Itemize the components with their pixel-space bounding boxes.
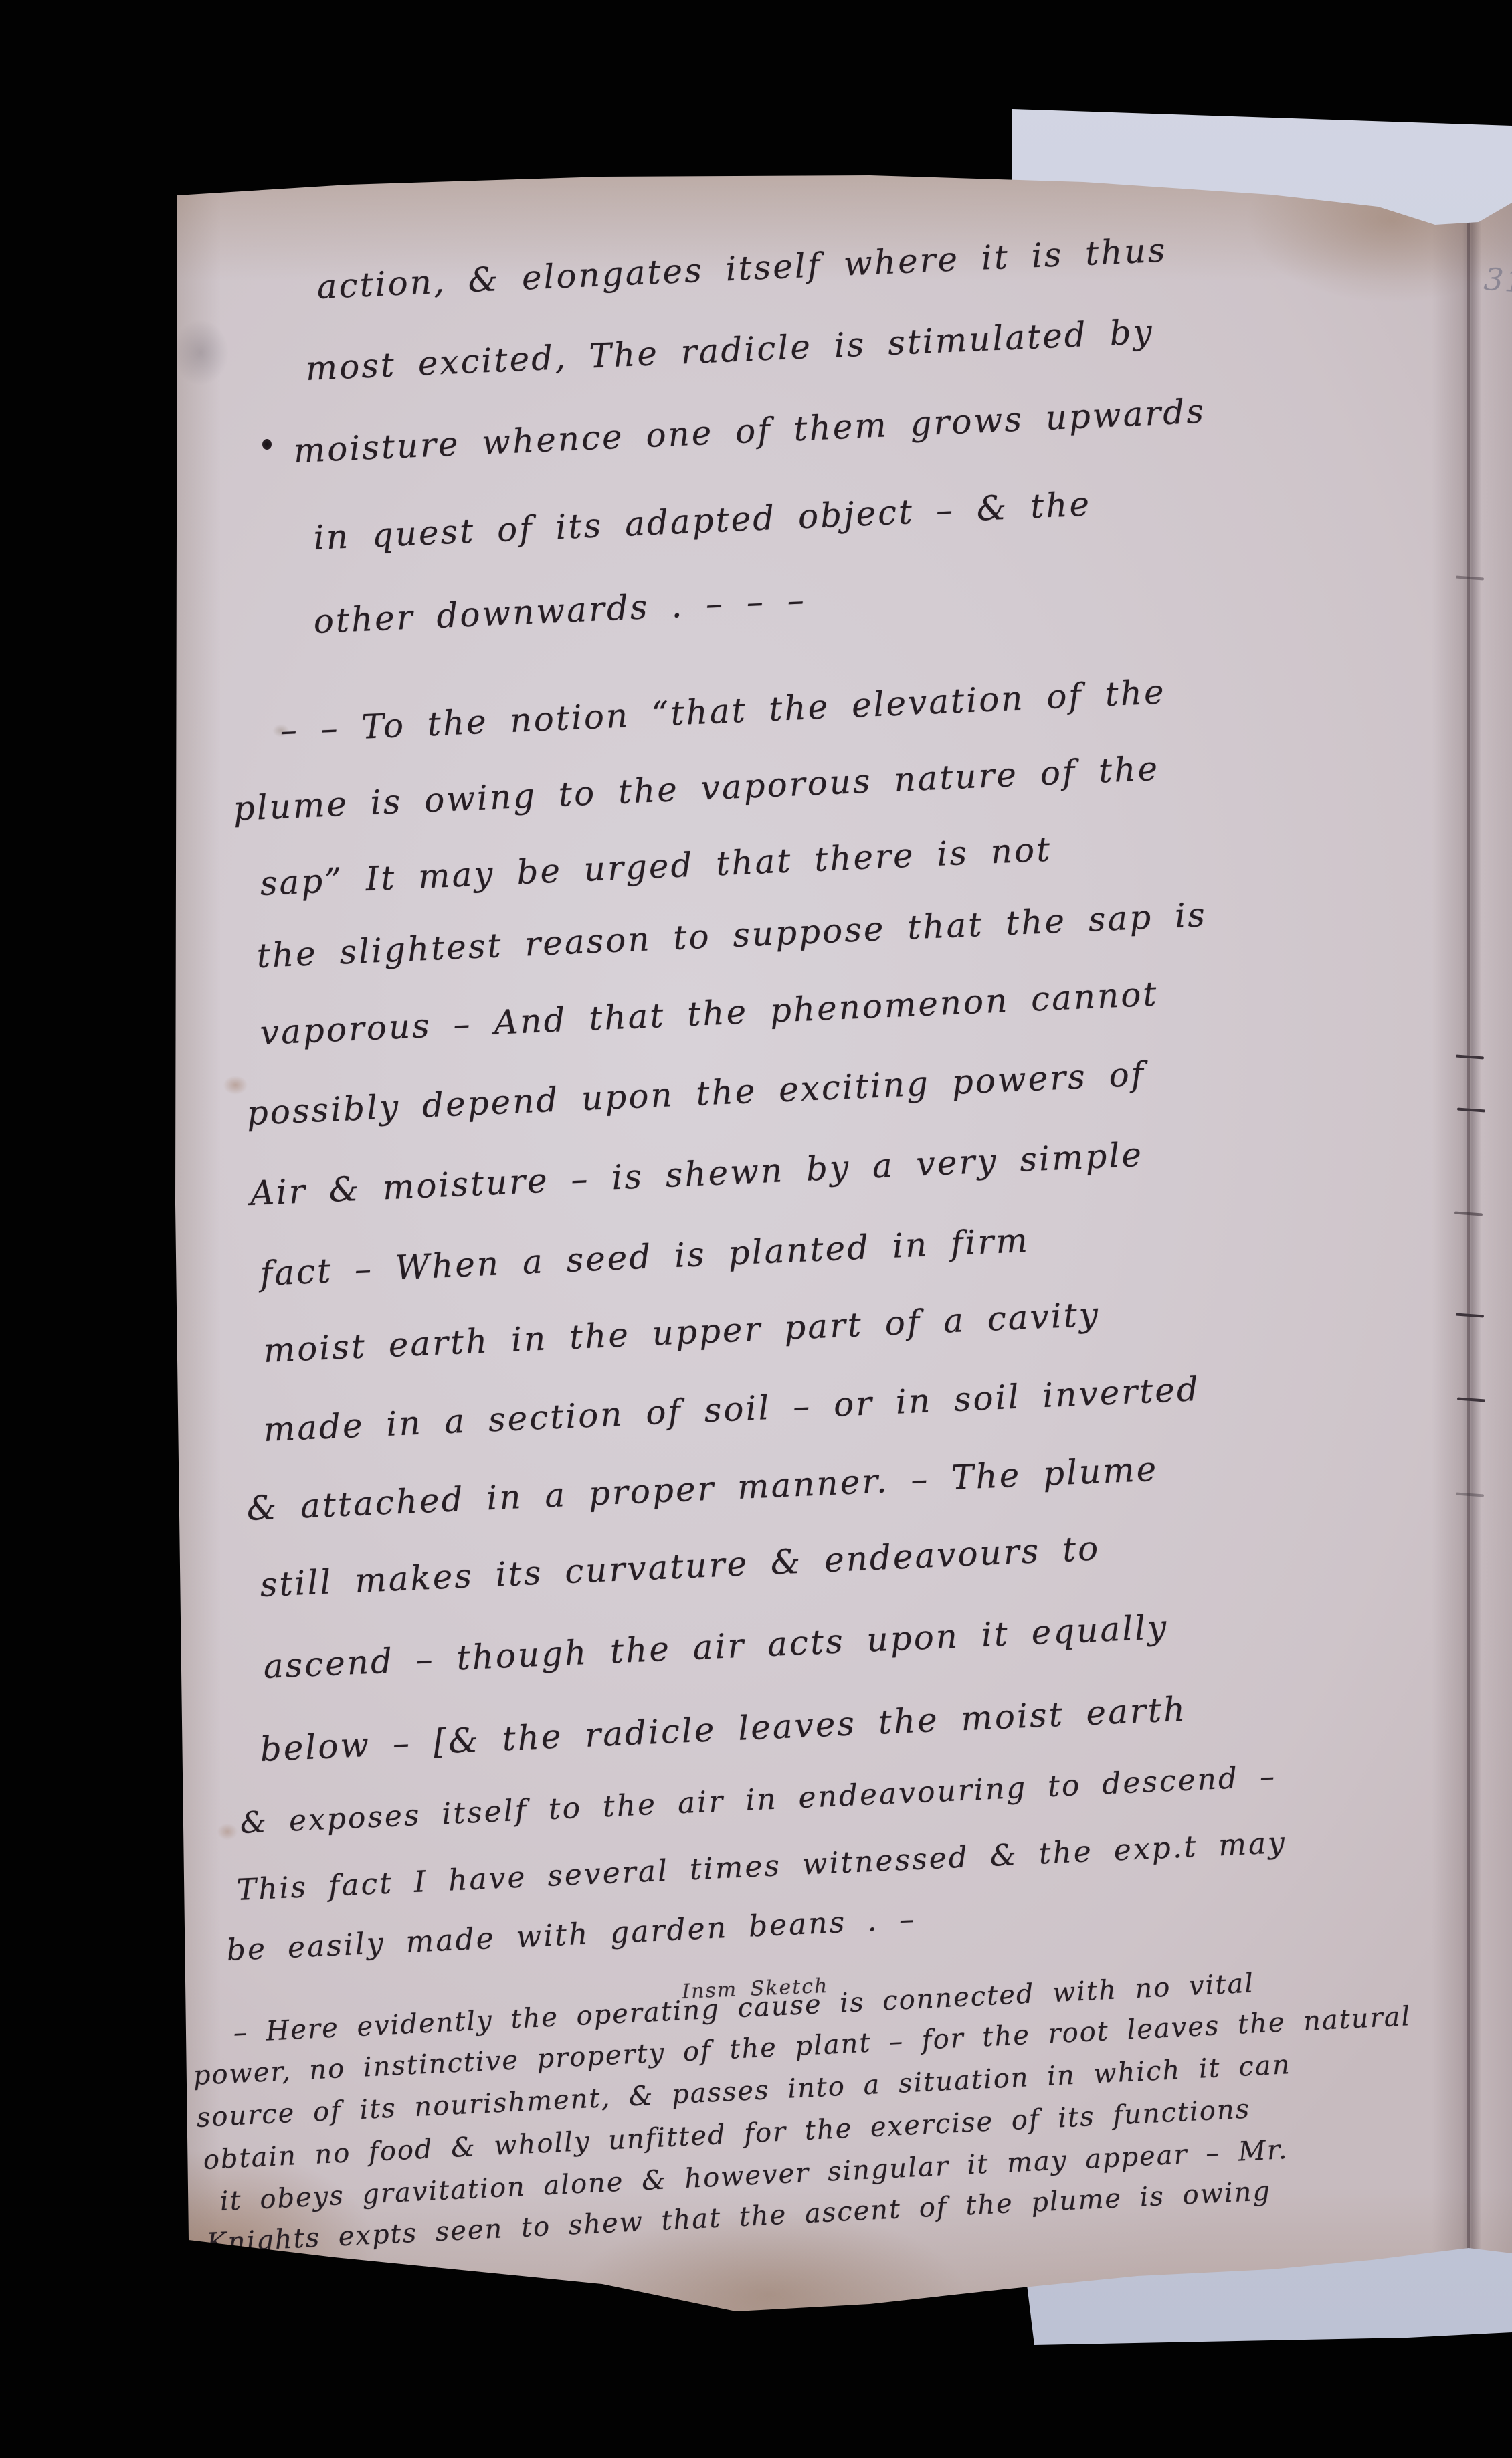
manuscript-line: Air & moisture – is shewn by a very simp… (249, 1135, 1144, 1213)
manuscript-line: – – To the notion “that the elevation of… (279, 672, 1166, 750)
page-number-pencil: 31 (1483, 261, 1512, 300)
manuscript-page: 31 action, & elongates itself where it i… (0, 0, 1512, 2458)
manuscript-line: still makes its curvature & endeavours t… (259, 1529, 1101, 1604)
binding-stitch (1454, 1212, 1483, 1216)
manuscript-line: most excited, The radicle is stimulated … (304, 312, 1155, 388)
manuscript-line: & exposes itself to the air in endeavour… (240, 1760, 1277, 1840)
manuscript-line: be easily made with garden beans . – (226, 1902, 917, 1968)
binding-stitch (1456, 1313, 1484, 1318)
manuscript-line: action, & elongates itself where it is t… (316, 231, 1167, 306)
binding-crease (1467, 201, 1470, 2255)
manuscript-line: vaporous – And that the phenomenon canno… (259, 974, 1159, 1052)
manuscript-line: sap” It may be urged that there is not (259, 830, 1052, 903)
binding-stitch (1457, 1108, 1485, 1113)
manuscript-line: moist earth in the upper part of a cavit… (262, 1295, 1101, 1370)
manuscript-photo: 31 action, & elongates itself where it i… (0, 0, 1512, 2458)
manuscript-line: fact – When a seed is planted in firm (259, 1221, 1030, 1293)
manuscript-line: plume is owing to the vaporous nature of… (232, 749, 1160, 828)
manuscript-line: This fact I have several times witnessed… (236, 1826, 1287, 1907)
manuscript-line: & attached in a proper manner. – The plu… (246, 1450, 1159, 1528)
manuscript-line: moisture whence one of them grows upward… (292, 392, 1206, 470)
binding-stitch (1456, 576, 1484, 581)
manuscript-line: below – [& the radicle leaves the moist … (259, 1690, 1188, 1769)
binding-stitch (1456, 1055, 1484, 1060)
manuscript-line: possibly depend upon the exciting powers… (246, 1054, 1146, 1133)
manuscript-line: other downwards . – – – (312, 581, 806, 641)
binding-stitch (1457, 1398, 1485, 1402)
manuscript-line: ascend – though the air acts upon it equ… (262, 1608, 1169, 1686)
manuscript-line: the slightest reason to suppose that the… (256, 895, 1207, 975)
ink-dot (262, 439, 272, 450)
manuscript-line: made in a section of soil – or in soil i… (262, 1369, 1201, 1449)
manuscript-line: in quest of its adapted object – & the (312, 484, 1092, 557)
binding-crease-shading (1432, 175, 1512, 2263)
binding-stitch (1456, 1493, 1484, 1497)
